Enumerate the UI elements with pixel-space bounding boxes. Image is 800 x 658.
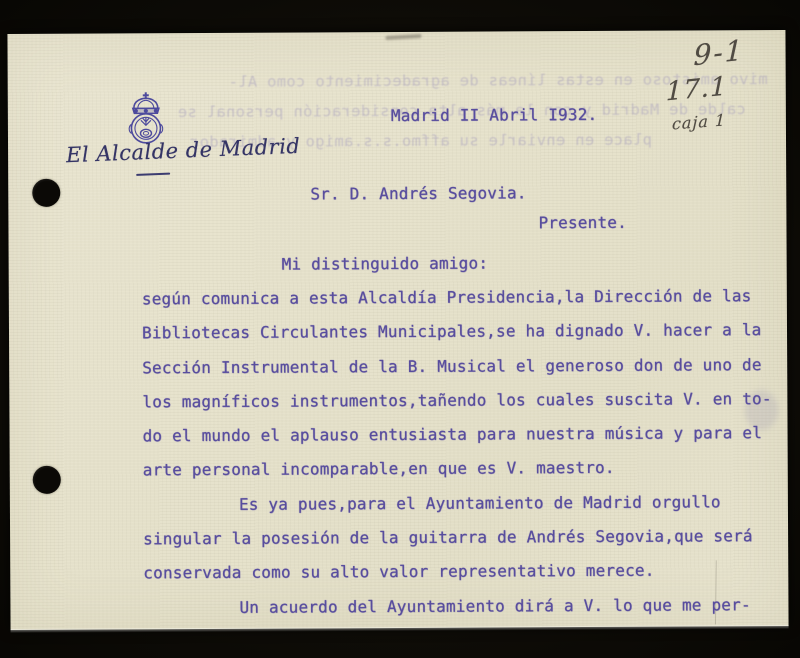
letter-recipient: Sr. D. Andrés Segovia. <box>310 183 526 203</box>
script-underline-flourish <box>136 173 170 176</box>
letter-date: Madrid II Abril I932. <box>391 105 598 125</box>
pencil-smudge <box>385 34 421 40</box>
archive-annotation-number: 9-1 <box>693 33 745 72</box>
letter-presente: Presente. <box>538 213 627 232</box>
letter-body: según comunica a esta Alcaldía Presidenc… <box>142 286 773 632</box>
letter-line: Bibliotecas Circulantes Municipales,se h… <box>142 320 771 358</box>
hole-punch-top <box>32 179 60 207</box>
letter-salutation: Mi distinguido amigo: <box>282 254 489 274</box>
letter-line: Sección Instrumental de la B. Musical el… <box>142 355 771 393</box>
letter-line: Es ya pues,para el Ayuntamiento de Madri… <box>143 492 772 530</box>
archive-annotation-number: 17.1 <box>666 71 728 107</box>
letter-line: do el mundo el aplauso entusiasta para n… <box>143 423 772 461</box>
archive-annotation-box: caja 1 <box>672 110 727 133</box>
hole-punch-bottom <box>33 466 61 494</box>
letter-line: arte personal incomparable,en que es V. … <box>143 458 772 496</box>
letter-page: mivo amistoso en estas líneas de agradec… <box>7 30 788 630</box>
letter-line: conservada como su alto valor representa… <box>143 560 772 598</box>
letter-line: singular la posesión de la guitarra de A… <box>143 526 772 564</box>
letter-line: los magníficos instrumentos,tañendo los … <box>142 389 771 427</box>
letter-line: según comunica a esta Alcaldía Presidenc… <box>142 286 771 324</box>
sender-script-title: El Alcalde de Madrid <box>66 135 267 167</box>
